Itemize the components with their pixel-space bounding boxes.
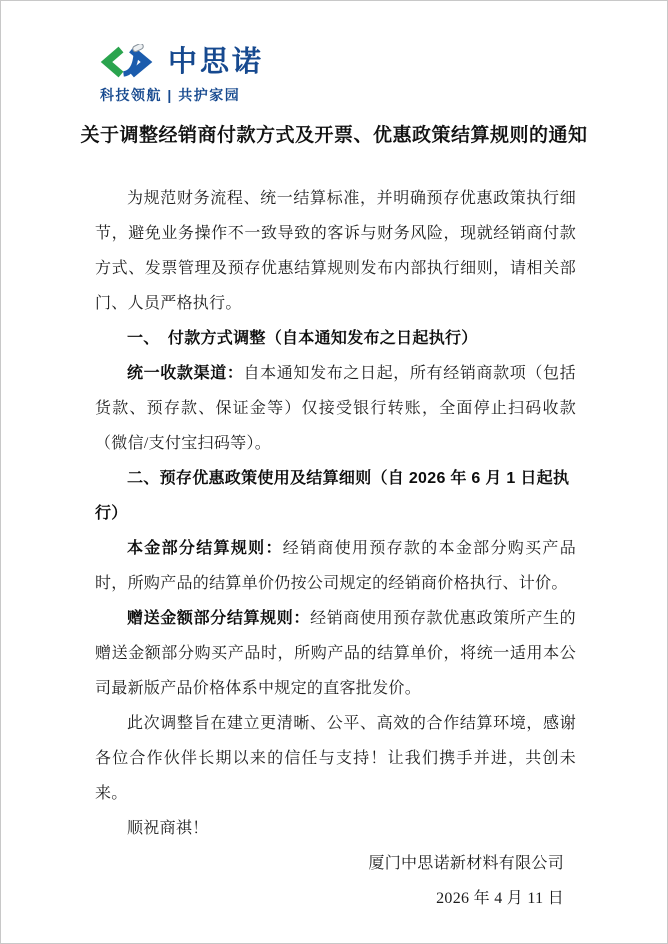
- principal-settlement-lead: 本金部分结算规则：: [127, 540, 283, 557]
- section-1-paragraph: 统一收款渠道：自本通知发布之日起，所有经销商款项（包括货款、预存款、保证金等）仅…: [95, 356, 576, 461]
- section-1-heading: 一、 付款方式调整（自本通知发布之日起执行）: [95, 321, 576, 356]
- section-1-paragraph-lead: 统一收款渠道：: [127, 365, 244, 382]
- document-body: 为规范财务流程、统一结算标准，并明确预存优惠政策执行细节，避免业务操作不一致导致…: [95, 181, 576, 916]
- principal-settlement-paragraph: 本金部分结算规则：经销商使用预存款的本金部分购买产品时，所购产品的结算单价仍按公…: [95, 531, 576, 601]
- brand-logo-icon: [100, 44, 158, 80]
- signature-date: 2026 年 4 月 11 日: [95, 881, 576, 916]
- well-wishes-line: 顺祝商祺！: [95, 811, 576, 846]
- document-title: 关于调整经销商付款方式及开票、优惠政策结算规则的通知: [1, 120, 667, 147]
- brand-tagline: 科技领航 | 共护家园: [100, 85, 264, 105]
- bonus-settlement-paragraph: 赠送金额部分结算规则：经销商使用预存款优惠政策所产生的赠送金额部分购买产品时，所…: [95, 601, 576, 706]
- section-2-heading: 二、预存优惠政策使用及结算细则（自 2026 年 6 月 1 日起执行）: [95, 461, 576, 531]
- intro-paragraph: 为规范财务流程、统一结算标准，并明确预存优惠政策执行细节，避免业务操作不一致导致…: [95, 181, 576, 321]
- brand-logo: 中思诺 科技领航 | 共护家园: [100, 44, 264, 105]
- closing-paragraph: 此次调整旨在建立更清晰、公平、高效的合作结算环境，感谢各位合作伙伴长期以来的信任…: [95, 706, 576, 811]
- brand-name: 中思诺: [168, 48, 264, 77]
- signature-company: 厦门中思诺新材料有限公司: [95, 846, 576, 881]
- bonus-settlement-lead: 赠送金额部分结算规则：: [127, 610, 310, 627]
- notice-document-page: 中思诺 科技领航 | 共护家园 关于调整经销商付款方式及开票、优惠政策结算规则的…: [0, 0, 668, 944]
